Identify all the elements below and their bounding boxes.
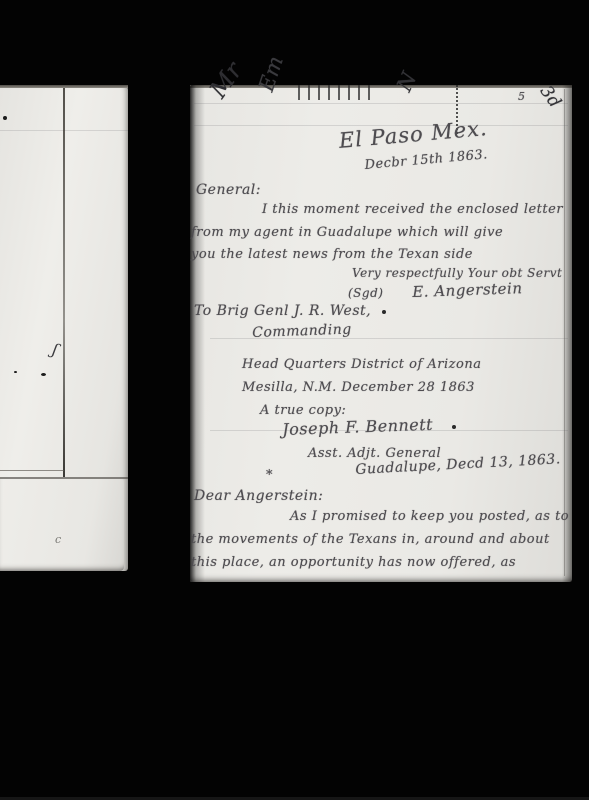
signed-abbreviation: (Sgd) — [348, 286, 383, 300]
faint-ruled-line — [194, 103, 568, 104]
asterisk-mark: * — [266, 468, 273, 483]
ink-dot — [382, 310, 386, 314]
addressee-line: To Brig Genl J. R. West, — [194, 303, 371, 319]
ink-dot — [3, 116, 7, 120]
salutation: General: — [196, 182, 261, 198]
document-scan: ʃ c Mr Em N 5 3d El Paso Mex. Decbr 15th… — [0, 0, 589, 800]
enclosure-body-line: the movements of the Texans in, around a… — [191, 532, 550, 547]
ink-dot — [41, 373, 46, 376]
left-page-vertical-fold-line — [63, 88, 65, 477]
top-edge-fragment: Mr — [204, 57, 248, 103]
top-edge-fragment: Em — [254, 53, 288, 95]
pencil-c-scribble: c — [55, 533, 61, 546]
endorsement-place-date: Mesilla, N.M. December 28 1863 — [242, 380, 475, 395]
enclosure-body-line: As I promised to keep you posted, as to — [290, 509, 569, 524]
ink-squiggle-mark: ʃ — [50, 340, 60, 359]
gutter-shadow — [190, 85, 205, 582]
right-page: Mr Em N 5 3d El Paso Mex. Decbr 15th 186… — [190, 85, 572, 582]
body-line: I this moment received the enclosed lett… — [262, 202, 563, 217]
top-edge-fragment: 5 — [518, 90, 526, 103]
signature: E. Angerstein — [412, 279, 523, 301]
true-copy-line: A true copy: — [260, 403, 346, 418]
enclosure-body-line: this place, an opportunity has now offer… — [191, 555, 516, 570]
ink-dot — [452, 425, 456, 429]
body-line: you the latest news from the Texan side — [191, 247, 473, 262]
left-page-horizontal-fold-line-upper — [0, 470, 64, 471]
right-page-top-edge — [190, 85, 572, 88]
endorsement-headquarters: Head Quarters District of Arizona — [242, 357, 481, 372]
ink-dot — [14, 371, 17, 373]
letter-place-dateline: El Paso Mex. — [338, 116, 489, 153]
left-page: ʃ c — [0, 85, 128, 571]
letter-date: Decbr 15th 1863. — [364, 147, 488, 173]
top-edge-dashed-strokes — [298, 85, 370, 100]
left-page-lower-leaf — [0, 479, 124, 571]
body-line: from my agent in Guadalupe which will gi… — [191, 225, 503, 240]
endorsement-signature: Joseph F. Bennett — [282, 415, 433, 439]
closing-line: Very respectfully Your obt Servt — [352, 266, 562, 280]
enclosure-salutation: Dear Angerstein: — [194, 488, 323, 504]
right-page-edge-line — [564, 89, 565, 576]
top-edge-fragment: N — [392, 68, 422, 95]
